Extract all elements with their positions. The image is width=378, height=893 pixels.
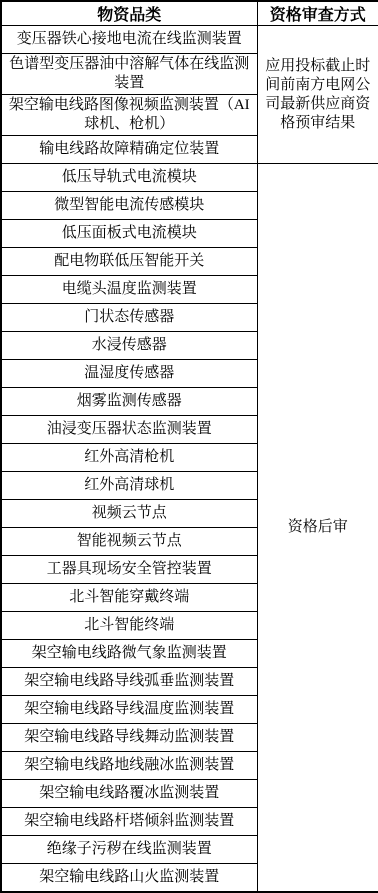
category-cell: 温湿度传感器 bbox=[1, 360, 257, 388]
category-cell: 输电线路故障精确定位装置 bbox=[1, 136, 257, 164]
category-cell: 红外高清枪机 bbox=[1, 444, 257, 472]
category-cell: 架空输电线路导线温度监测装置 bbox=[1, 696, 257, 724]
category-cell: 架空输电线路杆塔倾斜监测装置 bbox=[1, 808, 257, 836]
category-cell: 低压面板式电流模块 bbox=[1, 220, 257, 248]
category-cell: 工器具现场安全管控装置 bbox=[1, 556, 257, 584]
category-cell: 配电物联低压智能开关 bbox=[1, 248, 257, 276]
review-method-cell: 资格后审 bbox=[257, 164, 378, 893]
category-cell: 架空输电线路覆冰监测装置 bbox=[1, 780, 257, 808]
category-cell: 架空输电线路导线弧垂监测装置 bbox=[1, 668, 257, 696]
category-cell: 架空输电线路地线融冰监测装置 bbox=[1, 752, 257, 780]
category-cell: 水浸传感器 bbox=[1, 332, 257, 360]
category-cell: 智能视频云节点 bbox=[1, 528, 257, 556]
category-cell: 北斗智能终端 bbox=[1, 612, 257, 640]
category-cell: 微型智能电流传感模块 bbox=[1, 192, 257, 220]
category-cell: 低压导轨式电流模块 bbox=[1, 164, 257, 192]
column-header-category: 物资品类 bbox=[1, 1, 257, 26]
category-cell: 绝缘子污秽在线监测装置 bbox=[1, 836, 257, 864]
category-cell: 架空输电线路图像视频监测装置（AI球机、枪机） bbox=[1, 95, 257, 136]
header-row: 物资品类 资格审查方式 bbox=[1, 1, 378, 26]
category-cell: 视频云节点 bbox=[1, 500, 257, 528]
category-cell: 北斗智能穿戴终端 bbox=[1, 584, 257, 612]
category-cell: 架空输电线路山火监测装置 bbox=[1, 864, 257, 893]
table-header: 物资品类 资格审查方式 bbox=[1, 1, 378, 26]
category-cell: 变压器铁心接地电流在线监测装置 bbox=[1, 26, 257, 54]
category-cell: 架空输电线路导线舞动监测装置 bbox=[1, 724, 257, 752]
materials-review-table: 物资品类 资格审查方式 变压器铁心接地电流在线监测装置应用投标截止时间前南方电网… bbox=[0, 0, 378, 893]
category-cell: 门状态传感器 bbox=[1, 304, 257, 332]
category-cell: 色谱型变压器油中溶解气体在线监测装置 bbox=[1, 54, 257, 95]
category-cell: 架空输电线路微气象监测装置 bbox=[1, 640, 257, 668]
category-cell: 红外高清球机 bbox=[1, 472, 257, 500]
category-cell: 油浸变压器状态监测装置 bbox=[1, 416, 257, 444]
table-body: 变压器铁心接地电流在线监测装置应用投标截止时间前南方电网公司最新供应商资格预审结… bbox=[1, 26, 378, 893]
table-row: 低压导轨式电流模块资格后审 bbox=[1, 164, 378, 192]
review-method-cell: 应用投标截止时间前南方电网公司最新供应商资格预审结果 bbox=[257, 26, 378, 164]
table-row: 变压器铁心接地电流在线监测装置应用投标截止时间前南方电网公司最新供应商资格预审结… bbox=[1, 26, 378, 54]
category-cell: 烟雾监测传感器 bbox=[1, 388, 257, 416]
category-cell: 电缆头温度监测装置 bbox=[1, 276, 257, 304]
column-header-review-method: 资格审查方式 bbox=[257, 1, 378, 26]
